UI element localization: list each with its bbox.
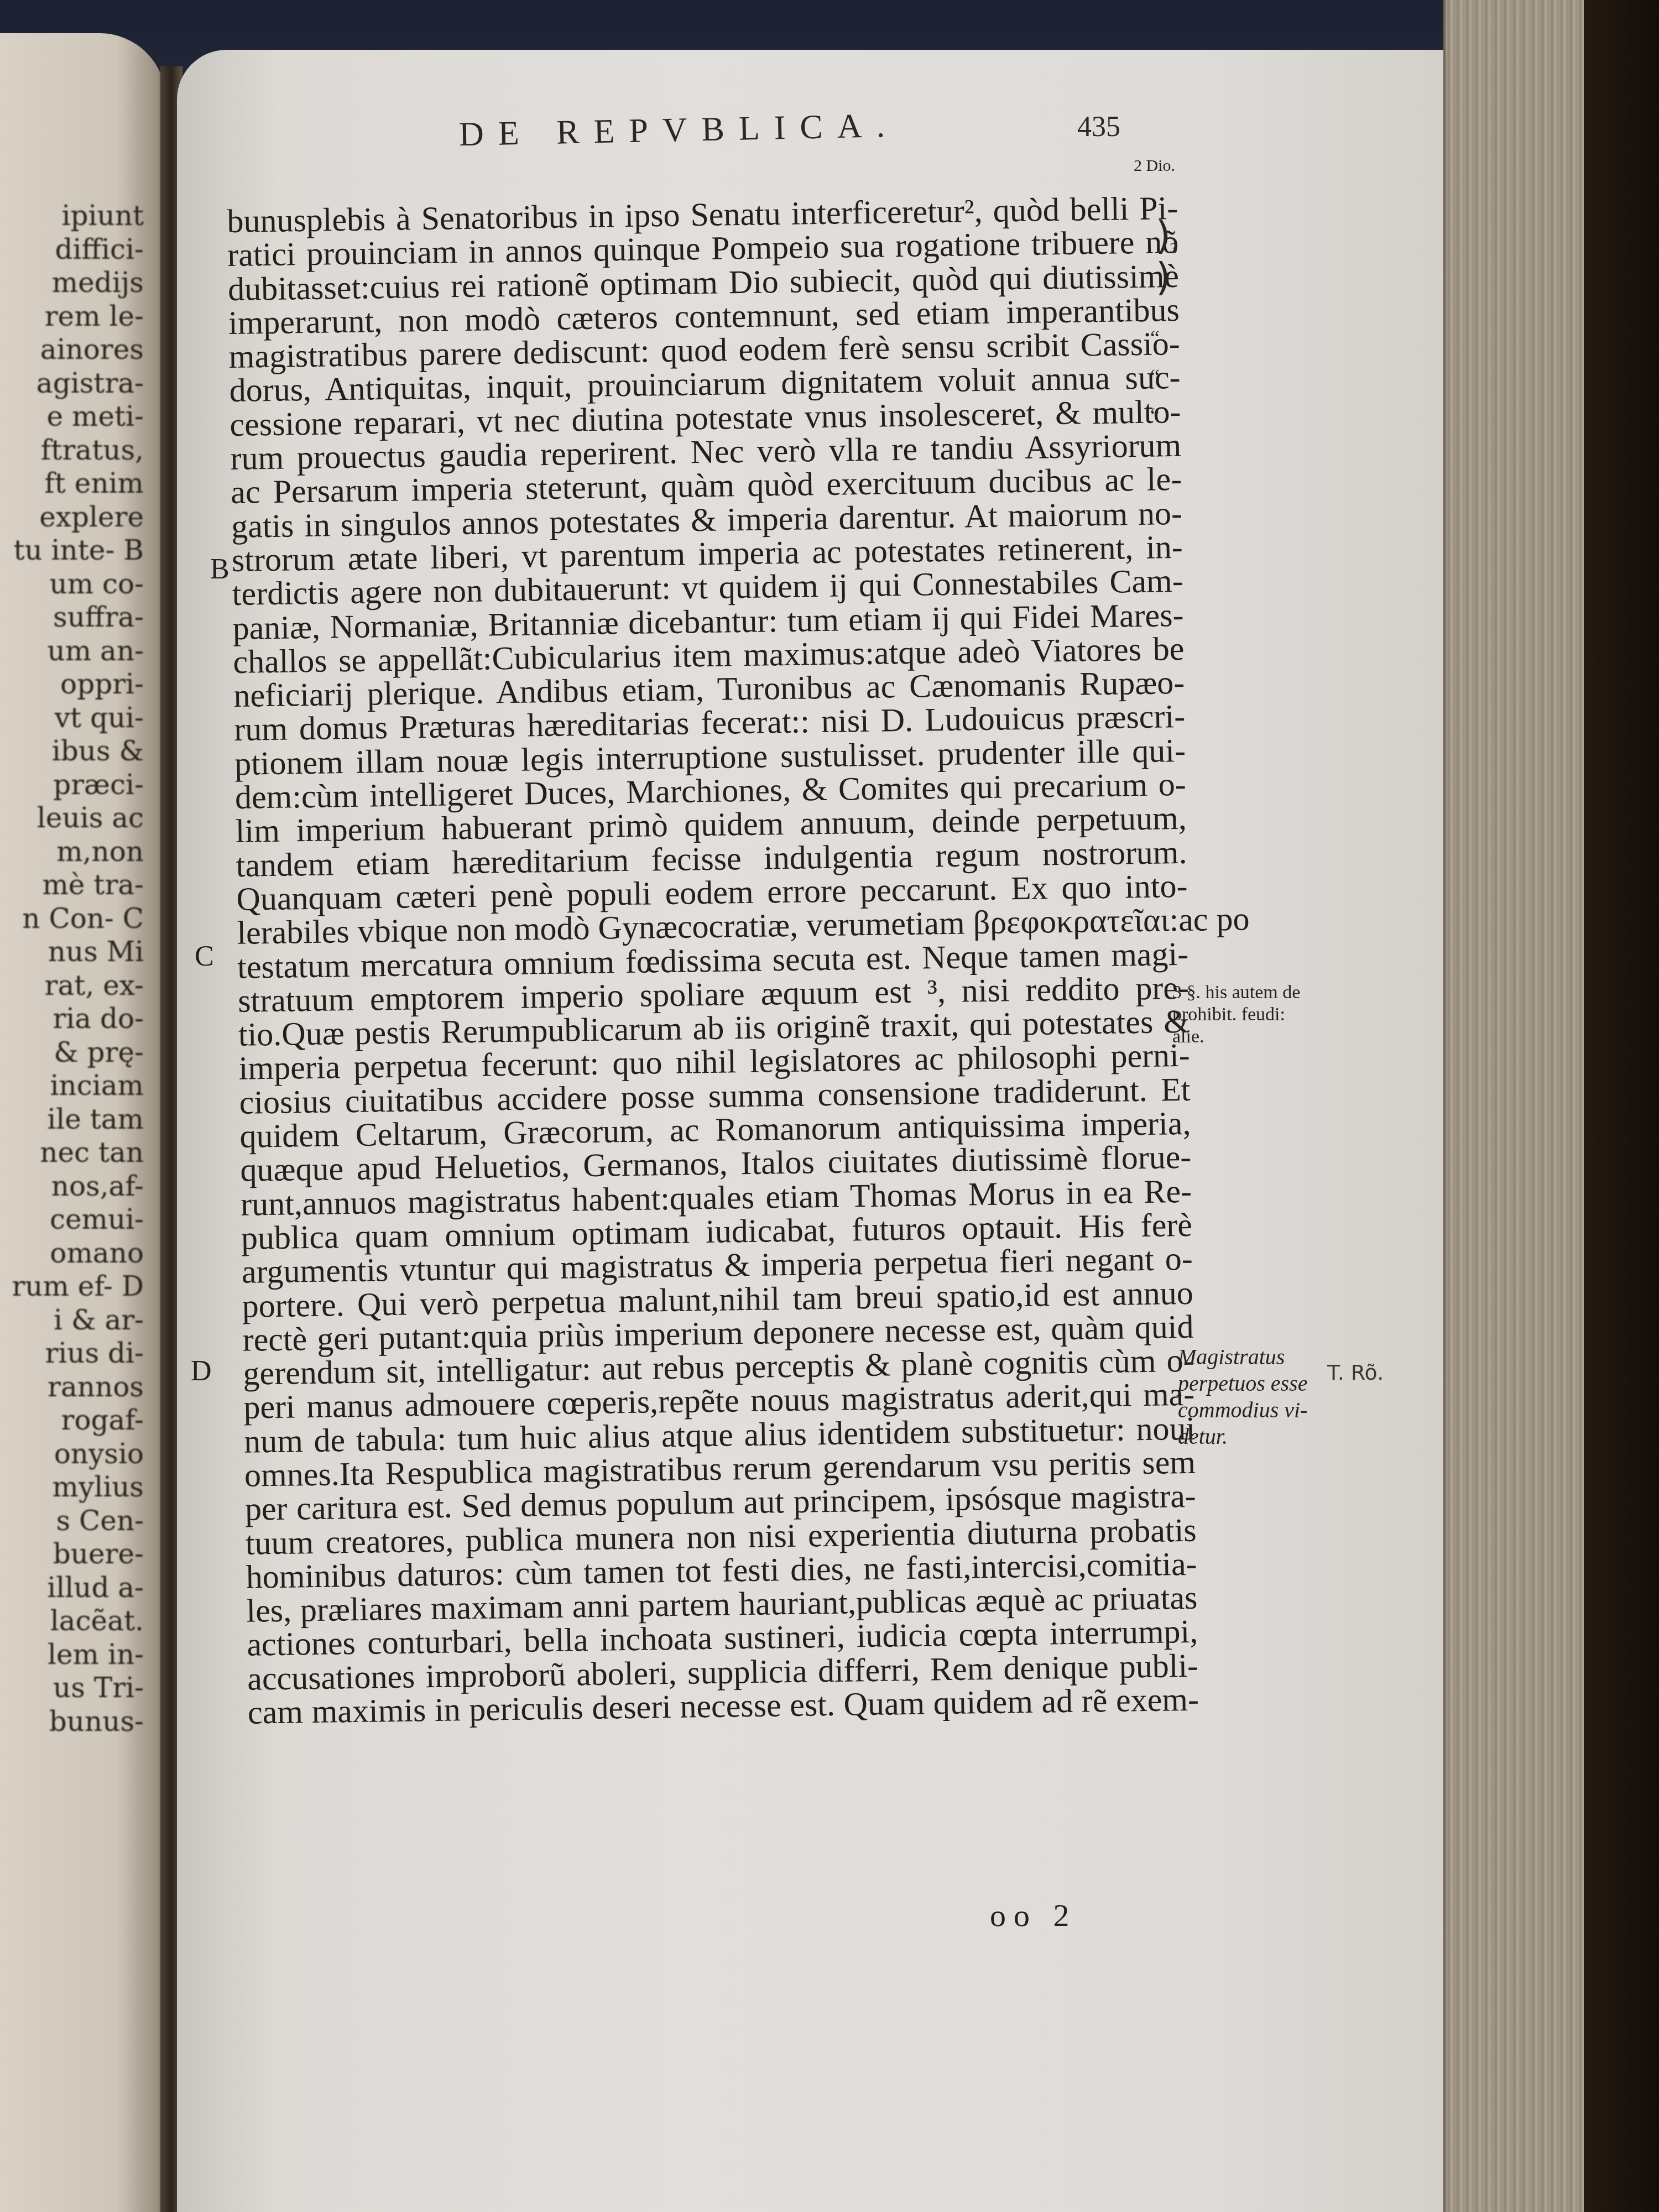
left-page-line: nec tan: [0, 1136, 144, 1170]
left-page-line: rat, ex-: [0, 969, 144, 1003]
left-page-line: rogaf-: [0, 1404, 144, 1437]
left-page-line: mylius: [0, 1470, 144, 1504]
left-page-line: nos,af-: [0, 1170, 144, 1203]
left-page-line: & prę-: [0, 1036, 144, 1070]
margin-letter-d: D: [191, 1355, 212, 1387]
left-page-line: rius di-: [0, 1337, 144, 1370]
left-page-line: tu inte- B: [0, 534, 144, 567]
left-page-line: buere-: [0, 1537, 144, 1571]
quote-mark-1: “: [1150, 326, 1160, 351]
left-page-line: nus Mi: [0, 935, 144, 969]
left-page-line: medijs: [0, 266, 144, 300]
left-page-line: oppri-: [0, 667, 144, 701]
side-note-3-line: alie.: [1172, 1026, 1300, 1048]
left-page-line: ft enim: [0, 467, 144, 500]
left-page-line: us Tri-: [0, 1671, 144, 1705]
signature-mark: oo 2: [990, 1897, 1077, 1934]
side-note-magistratus-line: detur.: [1178, 1423, 1307, 1450]
side-note-magistratus-line: Magistratus: [1178, 1344, 1307, 1370]
left-page-line: præci-: [0, 768, 144, 802]
left-page-line: lacẽat.: [0, 1604, 144, 1638]
left-page-line: ipiunt: [0, 199, 144, 233]
handwritten-annotation: T. Rõ.: [1327, 1360, 1384, 1385]
left-page-line: um an-: [0, 634, 144, 668]
side-note-magistratus-line: perpetuos esse: [1178, 1370, 1307, 1397]
left-page-line: vt qui-: [0, 701, 144, 735]
left-page-line: explere: [0, 500, 144, 534]
left-page-line: inciam: [0, 1069, 144, 1103]
side-note-dio: 2 Dio.: [1134, 155, 1175, 177]
left-page-line: ftratus,: [0, 434, 144, 467]
left-page: ipiuntdiffici-medijsrem le-ainoresagistr…: [0, 33, 166, 2212]
left-page-line: um co-: [0, 567, 144, 601]
side-note-3-line: prohibit. feudi:: [1172, 1004, 1300, 1026]
left-page-line: ile tam: [0, 1103, 144, 1136]
left-page-line: onysio: [0, 1437, 144, 1471]
margin-letter-c: C: [195, 940, 214, 973]
left-page-line: e meti-: [0, 400, 144, 434]
left-page-line: rum ef- D: [0, 1270, 144, 1303]
quote-mark-2: “: [1150, 365, 1160, 389]
left-page-text: ipiuntdiffici-medijsrem le-ainoresagistr…: [0, 199, 144, 1738]
left-page-line: rem le-: [0, 300, 144, 333]
left-page-line: bunus-: [0, 1705, 144, 1739]
left-page-line: i & ar-: [0, 1303, 144, 1337]
left-page-line: agistra-: [0, 367, 144, 400]
left-page-line: rannos: [0, 1370, 144, 1404]
page-fore-edge: [1443, 0, 1584, 2212]
left-page-line: omano: [0, 1237, 144, 1270]
left-page-line: lem in-: [0, 1638, 144, 1672]
body-text: bunusplebis à Senatoribus in ipso Senatu…: [227, 191, 1199, 1730]
side-note-magistratus: Magistratus perpetuos esse commodius vi-…: [1178, 1344, 1307, 1450]
left-page-line: ria do-: [0, 1002, 144, 1036]
left-page-line: illud a-: [0, 1571, 144, 1605]
bracket-mark: ): [1156, 213, 1171, 258]
side-note-3-line: 3 §. his autem de: [1172, 982, 1300, 1004]
left-page-line: cemui-: [0, 1203, 144, 1237]
left-page-line: ibus &: [0, 734, 144, 768]
page-number: 435: [1077, 111, 1120, 143]
left-page-line: suffra-: [0, 601, 144, 634]
left-page-line: m,non: [0, 835, 144, 869]
left-page-line: s Cen-: [0, 1504, 144, 1538]
left-page-line: ainores: [0, 333, 144, 367]
side-note-3: 3 §. his autem de prohibit. feudi: alie.: [1172, 982, 1300, 1048]
margin-letter-b: B: [210, 553, 229, 586]
bracket-mark-lower: ): [1156, 254, 1171, 300]
quote-mark-3: “: [1150, 404, 1160, 428]
left-page-line: diffici-: [0, 233, 144, 267]
left-page-line: leuis ac: [0, 801, 144, 835]
side-note-magistratus-line: commodius vi-: [1178, 1397, 1307, 1423]
left-page-line: mè tra-: [0, 868, 144, 902]
left-page-line: n Con- C: [0, 902, 144, 936]
